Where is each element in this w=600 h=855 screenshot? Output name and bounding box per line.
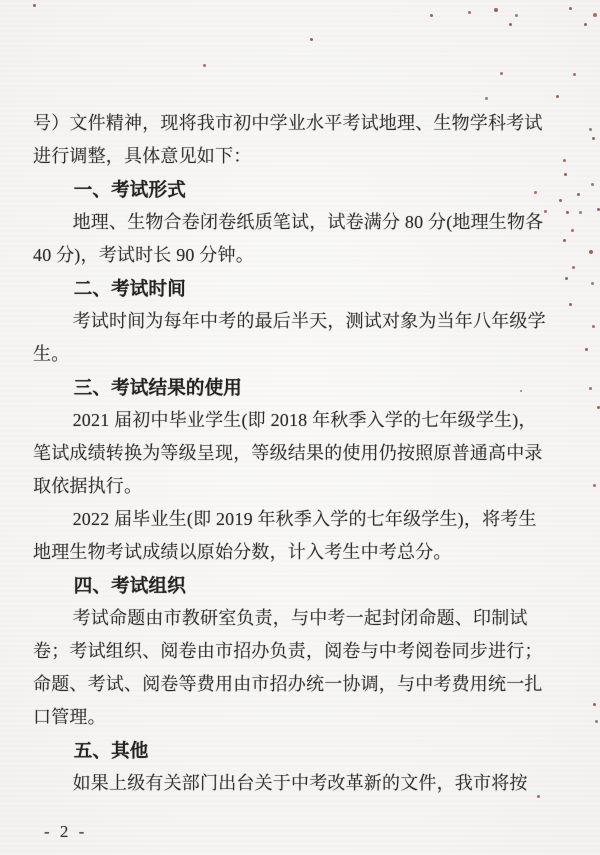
scan-speck <box>589 128 592 131</box>
scan-speck <box>589 250 593 254</box>
text-line: 2021 届初中毕业学生(即 2018 年秋季入学的七年级学生)， <box>33 404 525 437</box>
scan-speck <box>430 14 433 17</box>
scan-speck <box>593 484 596 487</box>
scan-speck <box>569 7 572 10</box>
text-line: 地理生物考试成绩以原始分数，计入考生中考总分。 <box>33 536 525 569</box>
scan-speck <box>572 266 575 269</box>
scan-speck <box>569 303 572 306</box>
scanned-document-page: 号）文件精神，现将我市初中学业水平考试地理、生物学科考试进行调整，具体意见如下：… <box>0 0 600 855</box>
scan-speck <box>33 4 36 7</box>
text-line: 生。 <box>33 338 525 371</box>
scan-speck <box>565 277 568 280</box>
scan-speck <box>203 64 206 67</box>
text-line: 如果上级有关部门出台关于中考改革新的文件，我市将按 <box>33 767 525 800</box>
text-line: 命题、考试、阅卷等费用由市招办统一协调，与中考费用统一扎 <box>33 668 525 701</box>
scan-speck <box>579 211 582 214</box>
text-line: 卷；考试组织、阅卷由市招办负责，阅卷与中考阅卷同步进行； <box>33 635 525 668</box>
scan-speck <box>559 199 562 202</box>
section-heading: 四、考试组织 <box>33 569 525 602</box>
scan-speck <box>563 159 566 162</box>
scan-speck <box>500 72 503 75</box>
scan-speck <box>534 191 537 194</box>
scan-speck <box>571 229 574 232</box>
text-line: 进行调整，具体意见如下： <box>33 140 525 173</box>
section-heading: 一、考试形式 <box>33 173 525 206</box>
scan-speck <box>564 173 567 176</box>
text-line: 考试命题由市教研室负责，与中考一起封闭命题、印制试 <box>33 602 525 635</box>
scan-speck <box>566 211 569 214</box>
scan-speck <box>556 95 559 98</box>
text-line: 号）文件精神，现将我市初中学业水平考试地理、生物学科考试 <box>33 107 525 140</box>
scan-speck <box>577 193 580 196</box>
scan-speck <box>310 38 313 41</box>
page-number: - 2 - <box>44 822 87 842</box>
text-line: 40 分)，考试时长 90 分钟。 <box>33 239 525 272</box>
scan-speck <box>515 14 518 17</box>
scan-speck <box>591 282 594 285</box>
document-body: 号）文件精神，现将我市初中学业水平考试地理、生物学科考试进行调整，具体意见如下：… <box>33 107 525 800</box>
text-line: 取依据执行。 <box>33 470 525 503</box>
text-line: 考试时间为每年中考的最后半天，测试对象为当年八年级学 <box>33 305 525 338</box>
scan-speck <box>595 720 598 723</box>
text-line: 口管理。 <box>33 701 525 734</box>
scan-speck <box>589 387 592 390</box>
section-heading: 五、其他 <box>33 734 525 767</box>
scan-speck <box>585 348 588 351</box>
text-line: 笔试成绩转换为等级呈现，等级结果的使用仍按照原普通高中录 <box>33 437 525 470</box>
scan-speck <box>494 8 498 12</box>
text-line: 地理、生物合卷闭卷纸质笔试，试卷满分 80 分(地理生物各 <box>33 206 525 239</box>
scan-speck <box>593 13 597 17</box>
scan-speck <box>584 23 587 26</box>
scan-speck <box>485 97 488 100</box>
scan-speck <box>509 23 512 26</box>
scan-speck <box>537 795 540 798</box>
scan-speck <box>593 703 596 706</box>
scan-speck <box>563 239 566 242</box>
text-line: 2022 届毕业生(即 2019 年秋季入学的七年级学生)，将考生 <box>33 503 525 536</box>
scan-speck <box>573 73 576 76</box>
section-heading: 三、考试结果的使用 <box>33 371 525 404</box>
section-heading: 二、考试时间 <box>33 272 525 305</box>
scan-speck <box>544 210 547 213</box>
scan-speck <box>592 137 595 140</box>
scan-speck <box>468 11 471 14</box>
scan-speck <box>591 183 594 186</box>
scan-speck <box>592 325 595 328</box>
